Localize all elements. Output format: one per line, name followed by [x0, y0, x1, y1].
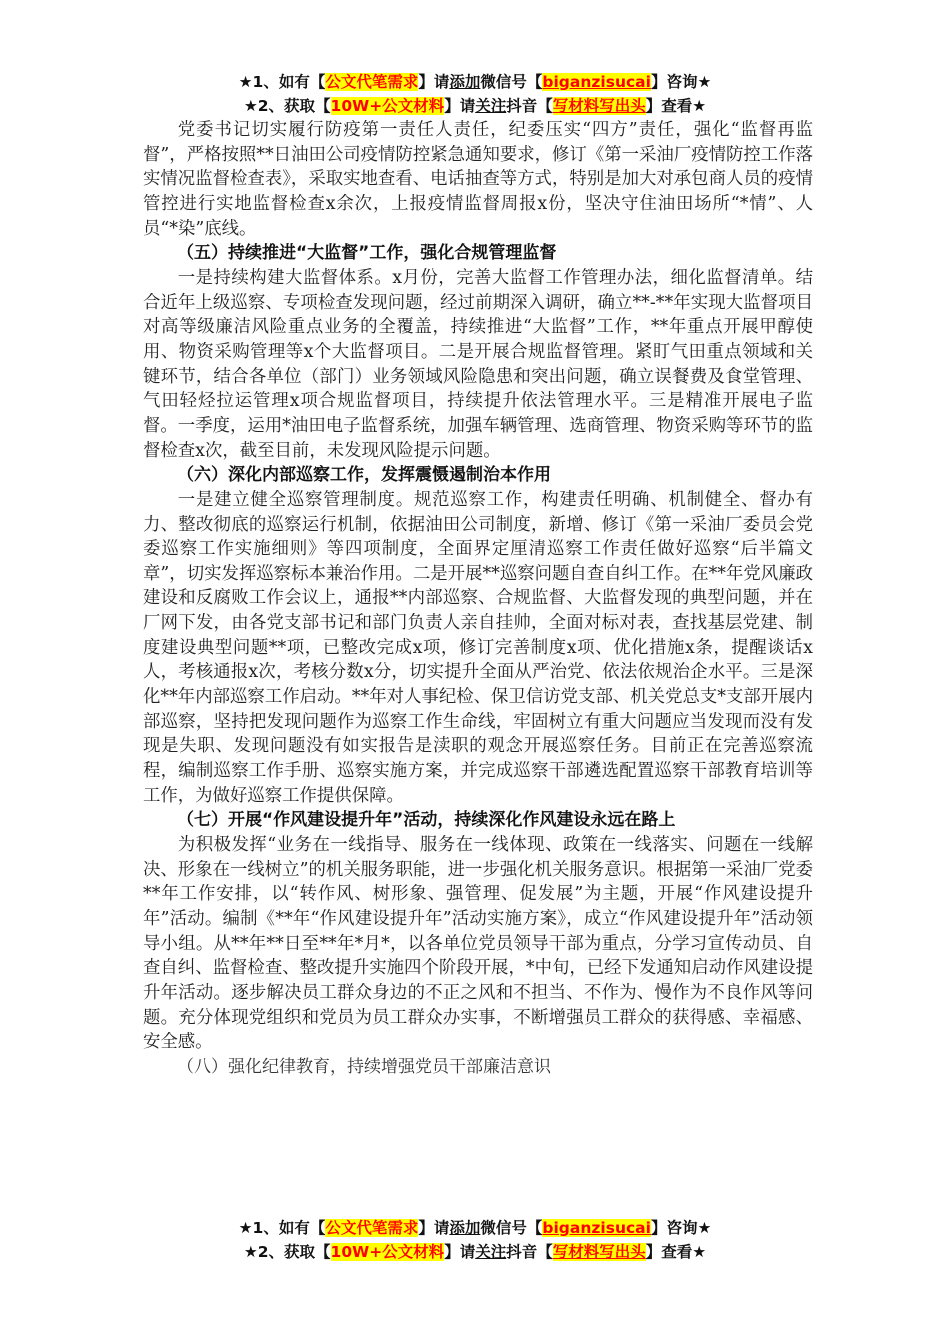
banner-line-2: ★2、获取【10W+公文材料】请关注抖音【写材料写出头】查看★ [0, 94, 950, 118]
highlight-service: 公文代笔需求 [325, 73, 418, 91]
banner-text: 】咨询★ [651, 1219, 711, 1237]
banner-text: 】查看★ [646, 1243, 706, 1261]
banner-text: 】查看★ [646, 97, 706, 115]
banner-text: ★2、获取【 [244, 1243, 331, 1261]
banner-text: 】请 [444, 1243, 475, 1261]
section-heading-8: （八）强化纪律教育，持续增强党员干部廉洁意识 [143, 1055, 813, 1080]
highlight-materials: 10W+公文材料 [331, 97, 445, 115]
douyin-account-link[interactable]: 写材料写出头 [553, 1243, 646, 1261]
paragraph: 为积极发挥“业务在一线指导、服务在一线体现、政策在一线落实、问题在一线解决、形象… [143, 833, 813, 1055]
highlight-service: 公文代笔需求 [325, 1219, 418, 1237]
banner-text: 微信号【 [480, 1219, 542, 1237]
banner-text: 抖音【 [506, 97, 553, 115]
document-body: 党委书记切实履行防疫第一责任人责任，纪委压实“四方”责任，强化“监督再监督”，严… [143, 118, 813, 1080]
douyin-account-link[interactable]: 写材料写出头 [553, 97, 646, 115]
paragraph: 党委书记切实履行防疫第一责任人责任，纪委压实“四方”责任，强化“监督再监督”，严… [143, 118, 813, 241]
underlined-text: 关注 [475, 1243, 506, 1261]
underlined-text: 关注 [475, 97, 506, 115]
highlight-materials: 10W+公文材料 [331, 1243, 445, 1261]
banner-text: ★2、获取【 [244, 97, 331, 115]
wechat-id-link[interactable]: biganzisucai [542, 1219, 651, 1237]
banner-text: ★1、如有【 [239, 1219, 326, 1237]
banner-text: ★1、如有【 [239, 73, 326, 91]
banner-text: 】请 [418, 1219, 449, 1237]
section-heading-7: （七）开展“作风建设提升年”活动，持续深化作风建设永远在路上 [143, 808, 813, 833]
banner-text: 】咨询★ [651, 73, 711, 91]
paragraph: 一是建立健全巡察管理制度。规范巡察工作，构建责任明确、机制健全、督办有力、整改彻… [143, 488, 813, 809]
banner-line-1: ★1、如有【公文代笔需求】请添加微信号【biganzisucai】咨询★ [0, 70, 950, 94]
banner-text: 抖音【 [506, 1243, 553, 1261]
top-banner: ★1、如有【公文代笔需求】请添加微信号【biganzisucai】咨询★ ★2、… [0, 70, 950, 118]
banner-text: 】请 [444, 97, 475, 115]
section-heading-5: （五）持续推进“大监督”工作，强化合规管理监督 [143, 241, 813, 266]
banner-line-2: ★2、获取【10W+公文材料】请关注抖音【写材料写出头】查看★ [0, 1240, 950, 1264]
section-heading-6: （六）深化内部巡察工作，发挥震慑遏制治本作用 [143, 463, 813, 488]
document-page: ★1、如有【公文代笔需求】请添加微信号【biganzisucai】咨询★ ★2、… [0, 0, 950, 1344]
paragraph: 一是持续构建大监督体系。x月份，完善大监督工作管理办法，细化监督清单。结合近年上… [143, 266, 813, 463]
underlined-text: 添加 [449, 73, 480, 91]
banner-line-1: ★1、如有【公文代笔需求】请添加微信号【biganzisucai】咨询★ [0, 1216, 950, 1240]
bottom-banner: ★1、如有【公文代笔需求】请添加微信号【biganzisucai】咨询★ ★2、… [0, 1216, 950, 1264]
wechat-id-link[interactable]: biganzisucai [542, 73, 651, 91]
banner-text: 微信号【 [480, 73, 542, 91]
banner-text: 】请 [418, 73, 449, 91]
underlined-text: 添加 [449, 1219, 480, 1237]
